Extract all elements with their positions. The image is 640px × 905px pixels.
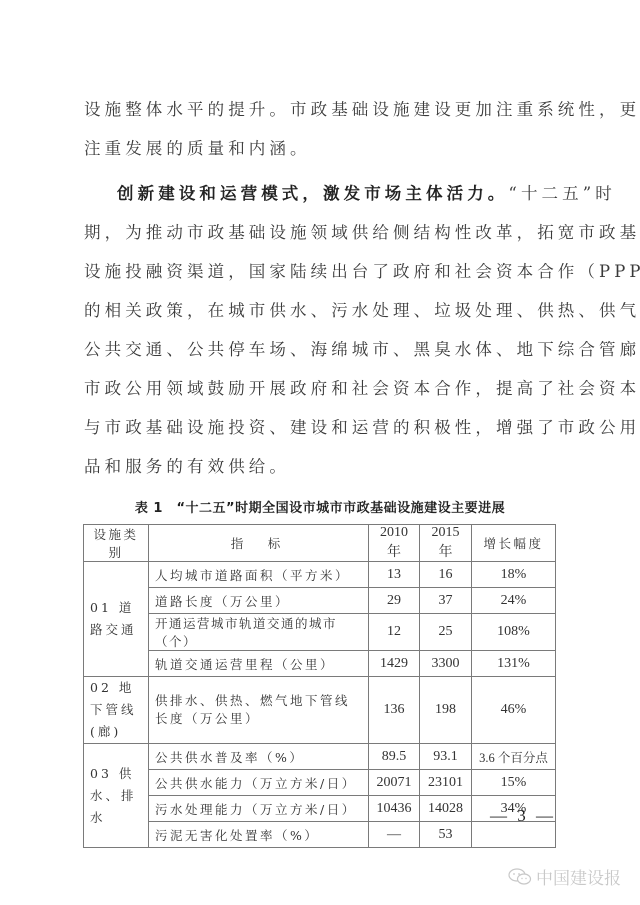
data-table: 设施类别 指 标 2010 年 2015 年 增长幅度 01 道路交通 人均城市… <box>83 524 556 848</box>
value-2010: 29 <box>369 588 420 614</box>
growth-cell: 46% <box>472 677 556 744</box>
growth-cell: 131% <box>472 651 556 677</box>
text-line: 设施整体水平的提升。市政基础设施建设更加注重系统性，更加 <box>84 96 640 120</box>
wechat-icon <box>508 868 532 886</box>
indicator-cell: 道路长度（万公里） <box>149 588 369 614</box>
value-2015: 14028 <box>420 796 472 822</box>
value-2010: 10436 <box>369 796 420 822</box>
table-row: 01 道路交通 人均城市道路面积（平方米） 13 16 18% <box>84 562 556 588</box>
value-2010: 89.5 <box>369 744 420 770</box>
indicator-cell: 公共供水能力（万立方米/日） <box>149 770 369 796</box>
watermark: 中国建设报 <box>508 864 621 889</box>
text-line: 品和服务的有效供给。 <box>84 453 290 477</box>
value-2010: — <box>369 822 420 848</box>
value-2010: 1429 <box>369 651 420 677</box>
text-line: 的相关政策，在城市供水、污水处理、垃圾处理、供热、供气、 <box>84 297 640 321</box>
growth-cell: 15% <box>472 770 556 796</box>
text-line: 期，为推动市政基础设施领域供给侧结构性改革，拓宽市政基础 <box>84 219 640 243</box>
indicator-cell: 污泥无害化处置率（%） <box>149 822 369 848</box>
value-2010: 13 <box>369 562 420 588</box>
value-2015: 16 <box>420 562 472 588</box>
value-2010: 12 <box>369 614 420 651</box>
table-row: 开通运营城市轨道交通的城市（个） 12 25 108% <box>84 614 556 651</box>
value-2015: 23101 <box>420 770 472 796</box>
indicator-cell: 人均城市道路面积（平方米） <box>149 562 369 588</box>
text-line: 公共交通、公共停车场、海绵城市、黑臭水体、地下综合管廊等 <box>84 336 640 360</box>
table-row: 轨道交通运营里程（公里） 1429 3300 131% <box>84 651 556 677</box>
table-caption: 表 1 “十二五”时期全国设市城市市政基础设施建设主要进展 <box>84 497 556 516</box>
lead-rest: “十二五”时 <box>508 184 615 203</box>
header-growth: 增长幅度 <box>472 525 556 562</box>
text-line: 市政公用领域鼓励开展政府和社会资本合作，提高了社会资本参 <box>84 375 640 399</box>
bold-lead: 创新建设和运营模式，激发市场主体活力。 <box>117 184 508 203</box>
value-2015: 3300 <box>420 651 472 677</box>
category-cell: 02 地下管线(廊) <box>84 677 149 744</box>
table-row: 公共供水能力（万立方米/日） 20071 23101 15% <box>84 770 556 796</box>
indicator-cell: 供排水、供热、燃气地下管线长度（万公里） <box>149 677 369 744</box>
category-cell: 03 供水、排水 <box>84 744 149 848</box>
header-2010: 2010 年 <box>369 525 420 562</box>
value-2015: 25 <box>420 614 472 651</box>
table-row: 02 地下管线(廊) 供排水、供热、燃气地下管线长度（万公里） 136 198 … <box>84 677 556 744</box>
value-2015: 93.1 <box>420 744 472 770</box>
header-category: 设施类别 <box>84 525 149 562</box>
indicator-cell: 污水处理能力（万立方米/日） <box>149 796 369 822</box>
table-row: 道路长度（万公里） 29 37 24% <box>84 588 556 614</box>
page-number: — 3 — <box>490 806 556 826</box>
value-2010: 136 <box>369 677 420 744</box>
value-2015: 53 <box>420 822 472 848</box>
table-header-row: 设施类别 指 标 2010 年 2015 年 增长幅度 <box>84 525 556 562</box>
growth-cell: 3.6 个百分点 <box>472 744 556 770</box>
header-2015: 2015 年 <box>420 525 472 562</box>
text-line: 与市政基础设施投资、建设和运营的积极性，增强了市政公用产 <box>84 414 640 438</box>
value-2015: 198 <box>420 677 472 744</box>
text-line: 注重发展的质量和内涵。 <box>84 135 311 159</box>
category-cell: 01 道路交通 <box>84 562 149 677</box>
table-row: 污泥无害化处置率（%） — 53 <box>84 822 556 848</box>
watermark-text: 中国建设报 <box>536 864 621 889</box>
indicator-cell: 公共供水普及率（%） <box>149 744 369 770</box>
growth-cell: 24% <box>472 588 556 614</box>
text-line: 创新建设和运营模式，激发市场主体活力。“十二五”时 <box>117 180 616 204</box>
value-2015: 37 <box>420 588 472 614</box>
growth-cell: 18% <box>472 562 556 588</box>
value-2010: 20071 <box>369 770 420 796</box>
growth-cell: 108% <box>472 614 556 651</box>
text-line: 设施投融资渠道，国家陆续出台了政府和社会资本合作（PPP) <box>84 258 640 282</box>
table-row: 污水处理能力（万立方米/日） 10436 14028 34% <box>84 796 556 822</box>
header-indicator: 指 标 <box>149 525 369 562</box>
table-row: 03 供水、排水 公共供水普及率（%） 89.5 93.1 3.6 个百分点 <box>84 744 556 770</box>
indicator-cell: 轨道交通运营里程（公里） <box>149 651 369 677</box>
indicator-cell: 开通运营城市轨道交通的城市（个） <box>149 614 369 651</box>
